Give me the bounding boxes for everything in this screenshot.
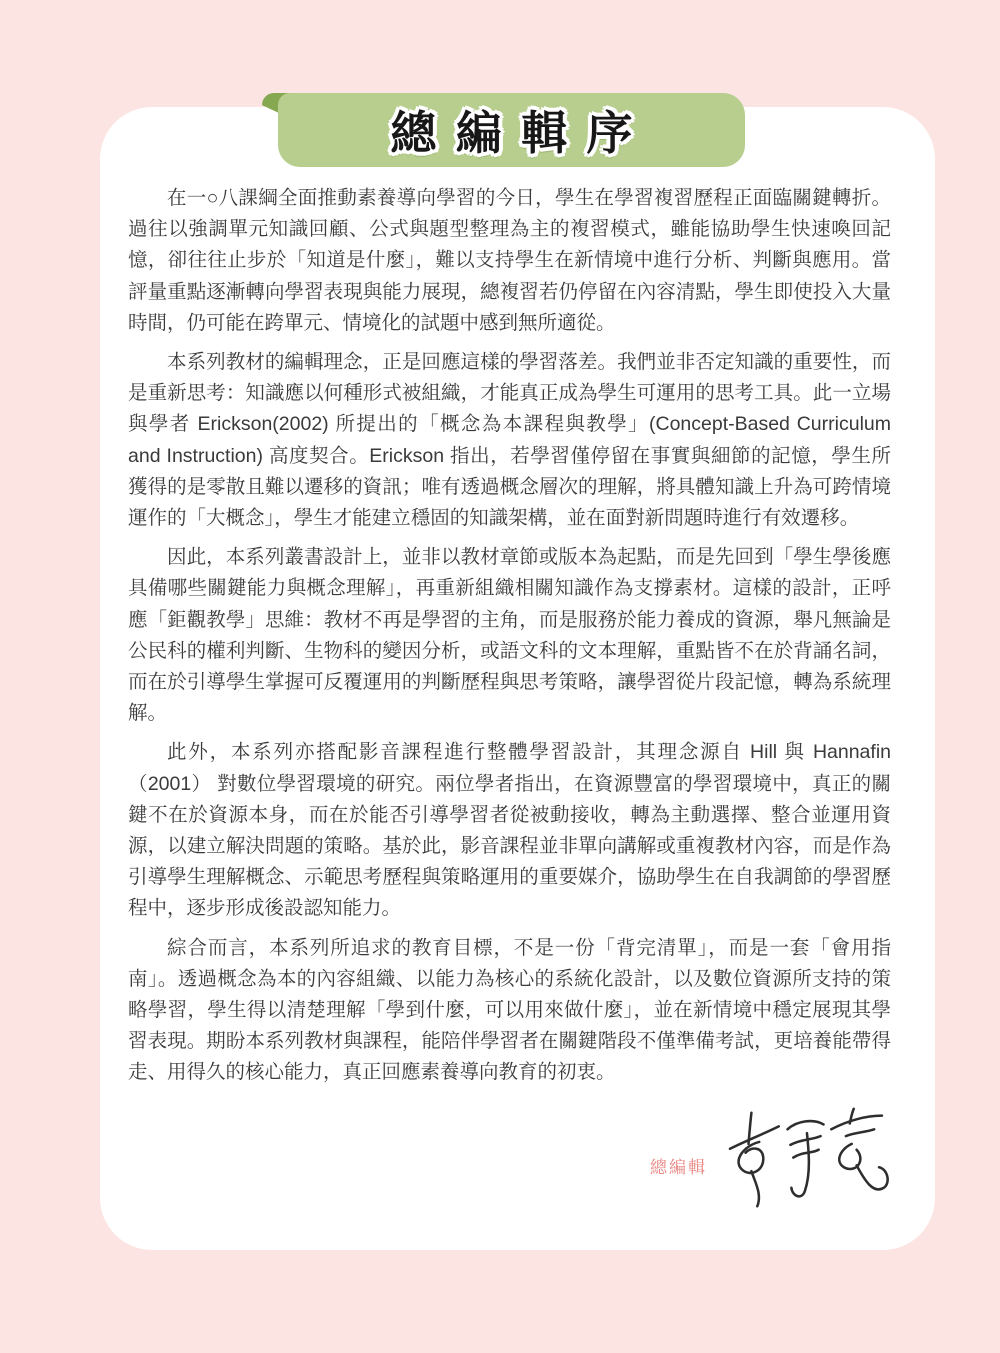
signature-block: 總編輯 [128,1103,891,1215]
paragraph-5: 綜合而言，本系列所追求的教育目標，不是一份「背完清單」，而是一套「會用指南」。透… [128,933,891,1089]
paragraph-3: 因此，本系列叢書設計上，並非以教材章節或版本為起點，而是先回到「學生學後應具備哪… [128,542,891,729]
preface-page: 總編輯序 在一○八課綱全面推動素養導向學習的今日，學生在學習複習歷程正面臨關鍵轉… [0,0,1000,1353]
paragraph-1: 在一○八課綱全面推動素養導向學習的今日，學生在學習複習歷程正面臨關鍵轉折。過往以… [128,183,891,339]
editor-role-label: 總編輯 [650,1153,707,1178]
preface-card: 總編輯序 在一○八課綱全面推動素養導向學習的今日，學生在學習複習歷程正面臨關鍵轉… [100,107,935,1250]
paragraph-2: 本系列教材的編輯理念，正是回應這樣的學習落差。我們並非否定知識的重要性，而是重新… [128,347,891,534]
signature-handwriting [721,1103,889,1215]
paragraph-4: 此外，本系列亦搭配影音課程進行整體學習設計，其理念源自 Hill 與 Hanna… [128,737,891,924]
preface-body: 在一○八課綱全面推動素養導向學習的今日，學生在學習複習歷程正面臨關鍵轉折。過往以… [100,107,935,1215]
